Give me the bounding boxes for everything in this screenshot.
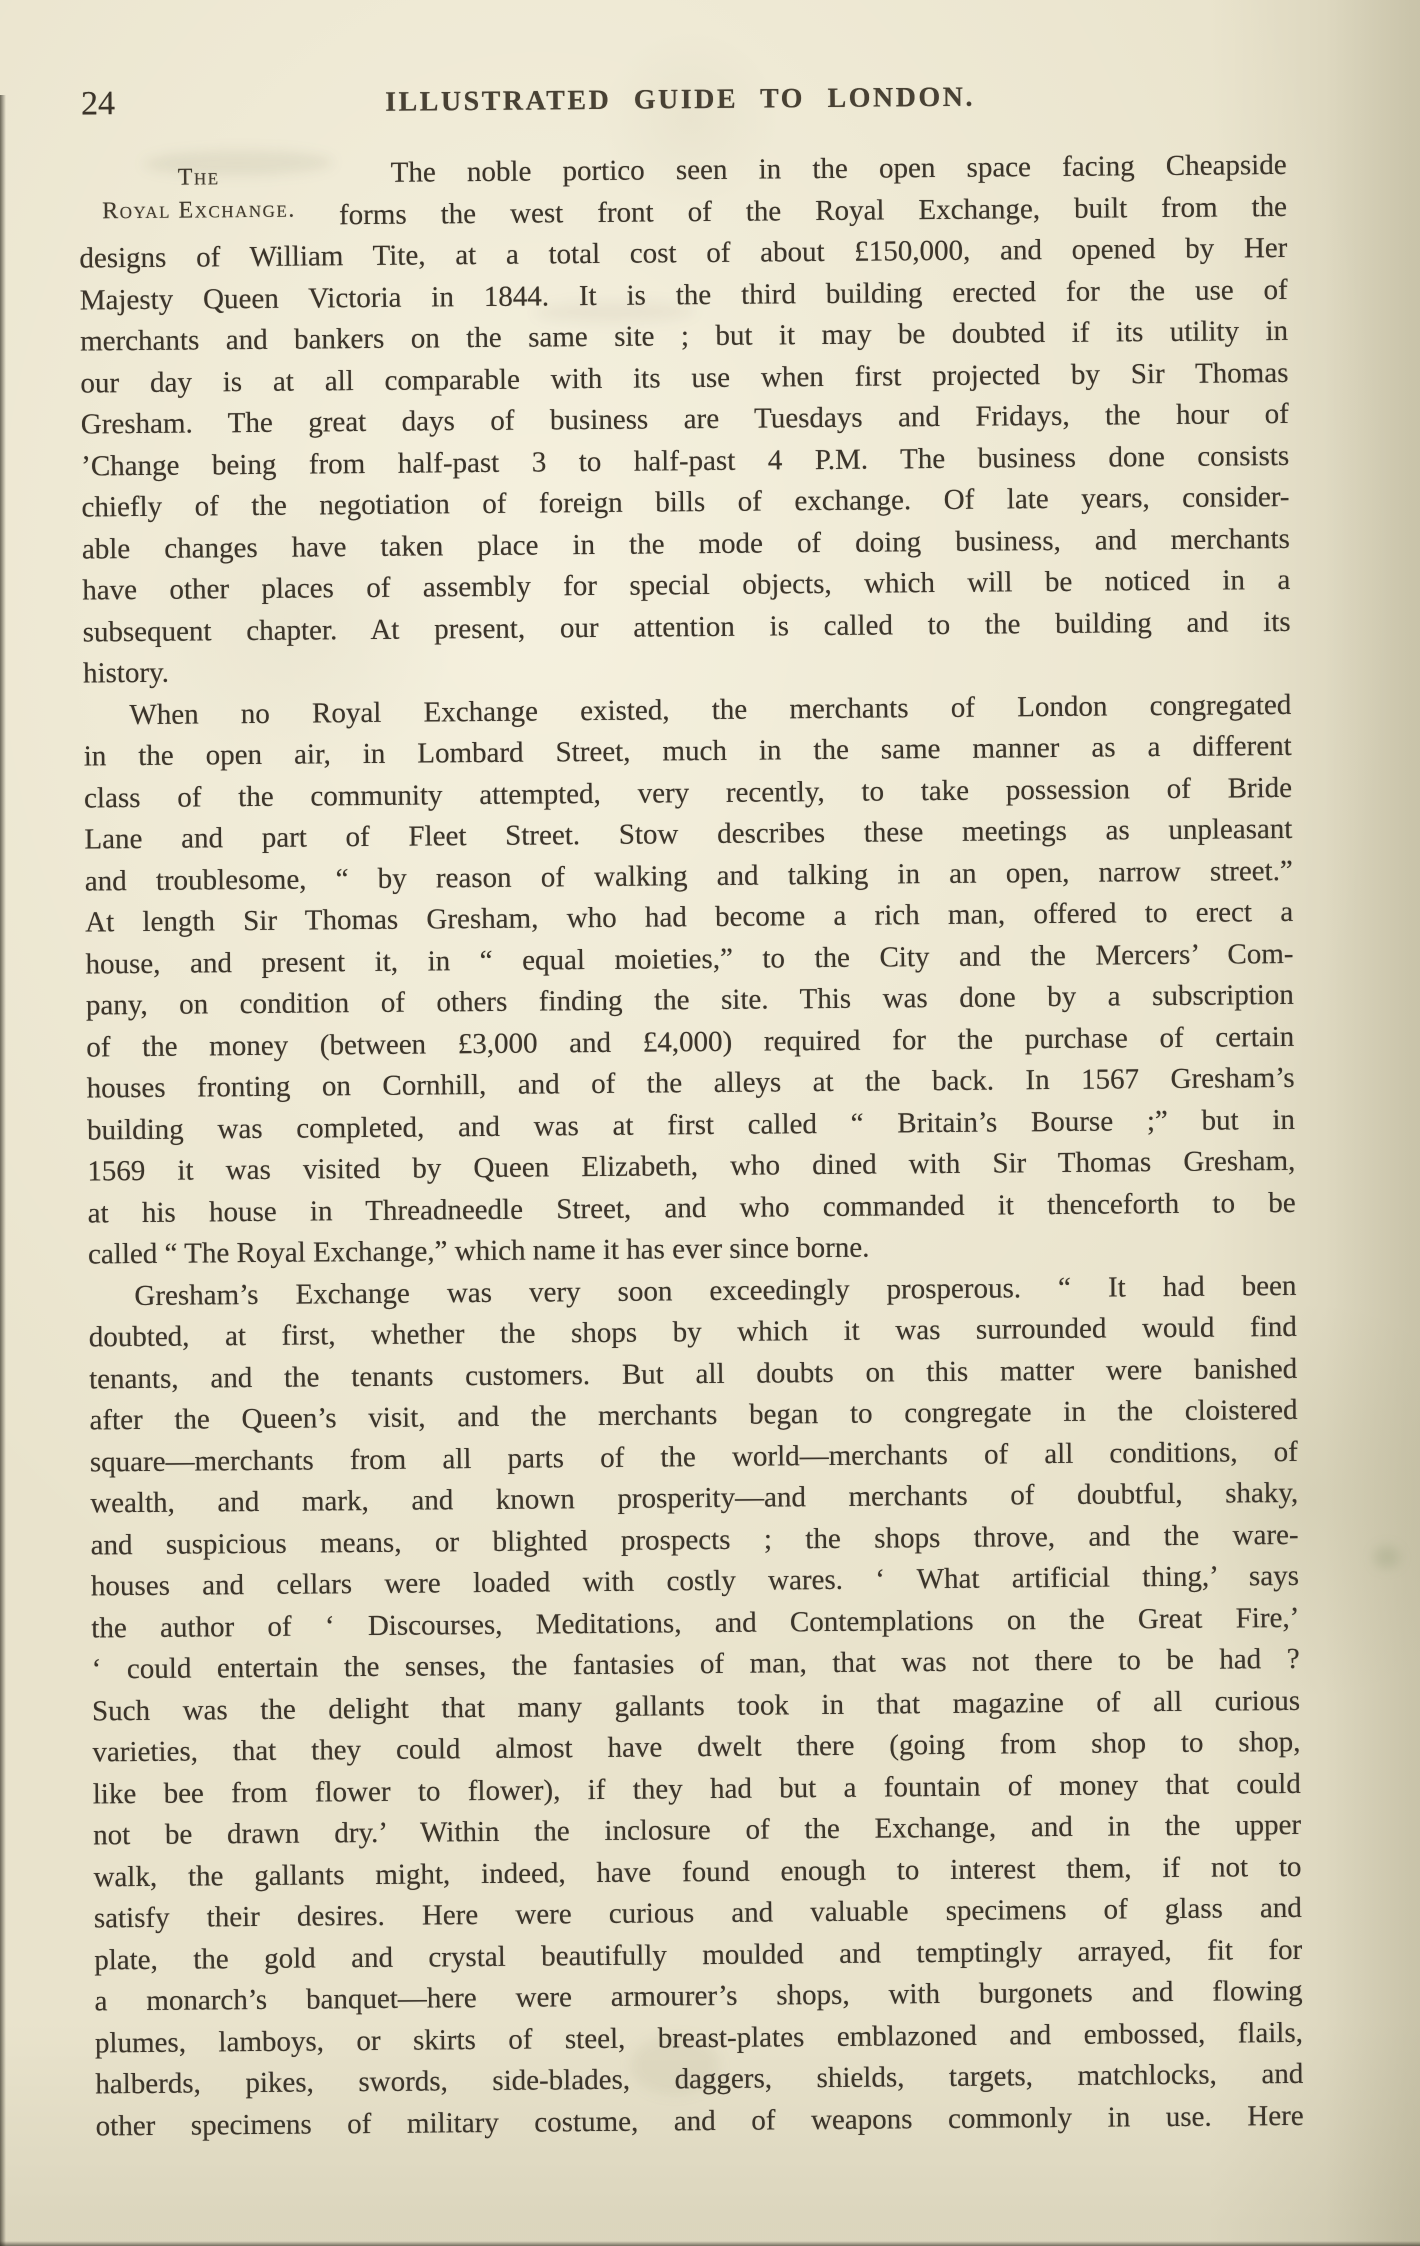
- text-line: The noble portico seen in the open space…: [390, 145, 1286, 194]
- scan-edge-bottom: [0, 2241, 1420, 2246]
- page-smudge: [1374, 1546, 1400, 1568]
- paragraph: The noble portico seen in the open space…: [78, 145, 1291, 695]
- scanned-book-page: 24 ILLUSTRATED GUIDE TO LONDON. The Roya…: [0, 0, 1420, 2246]
- running-head: ILLUSTRATED GUIDE TO LONDON.: [0, 78, 1367, 122]
- scan-edge-left: [0, 95, 6, 2246]
- text-block: The noble portico seen in the open space…: [78, 145, 1303, 2147]
- page-content: 24 ILLUSTRATED GUIDE TO LONDON. The Roya…: [0, 0, 1420, 2246]
- paragraph: When no Royal Exchange existed, the merc…: [83, 684, 1296, 1276]
- paragraph: Gresham’s Exchange was very soon exceedi…: [88, 1265, 1304, 2147]
